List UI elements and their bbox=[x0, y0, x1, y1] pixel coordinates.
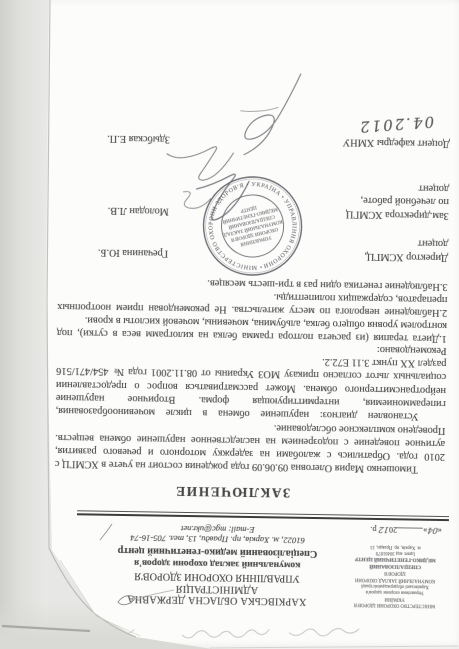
scanned-document-page: { "scan": { "orientation_note": "180", "… bbox=[0, 0, 459, 649]
paper-edge-marks bbox=[0, 0, 459, 649]
